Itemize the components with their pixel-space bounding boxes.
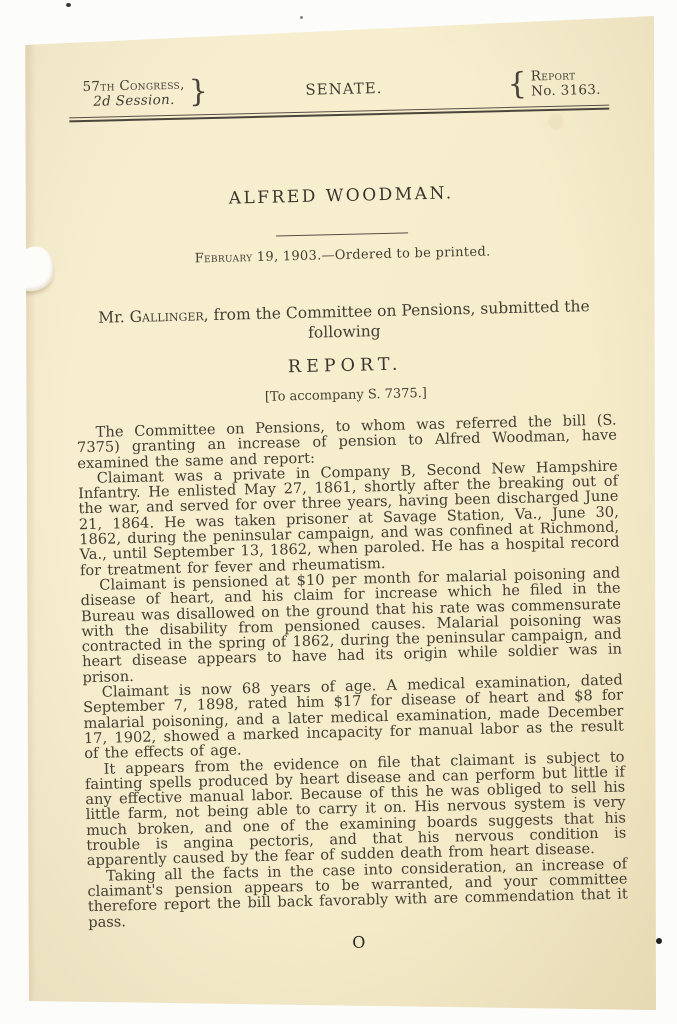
submitter-name: Gallinger [129,306,203,326]
dateline-month: February [195,250,253,266]
chamber-label: SENATE. [198,78,490,100]
paragraph-3: Claimant is pensioned at $10 per month f… [80,565,622,685]
paragraph-2: Claimant was a private in Company B, Sec… [78,458,620,578]
ink-speck [66,3,71,7]
report-number: No. 3163. [531,83,601,100]
session-label: 2d Session. [83,93,185,110]
paper-edge-tear [8,242,59,296]
report-number-block: Report No. 3163. [531,68,601,100]
title-rule [276,232,408,236]
paragraph-5: It appears from the evidence on file tha… [84,749,626,869]
report-body: The Committee on Pensions, to whom was r… [77,413,629,930]
submission-prefix: Mr. [98,308,130,327]
ink-speck [656,938,662,944]
scanned-document-canvas: 57th Congress, 2d Session. } SENATE. { R… [0,0,677,1024]
accompany-note: [To accompany S. 7375.] [76,382,616,410]
congress-session-block: 57th Congress, 2d Session. [82,78,185,110]
paper-sheet: 57th Congress, 2d Session. } SENATE. { R… [0,0,677,1024]
ink-speck [300,16,303,19]
paragraph-6: Taking all the facts in the case into co… [87,856,628,930]
document-content: 57th Congress, 2d Session. } SENATE. { R… [68,54,629,958]
document-header: 57th Congress, 2d Session. } SENATE. { R… [82,68,601,110]
end-ornament: O [89,926,629,958]
report-heading: REPORT. [75,350,615,383]
submission-line: Mr. Gallinger, from the Committee on Pen… [74,296,615,349]
dateline: February 19, 1903.—Ordered to be printed… [73,242,613,270]
right-brace: { [503,69,531,100]
paragraph-4: Claimant is now 68 years of age. A medic… [83,673,625,762]
dateline-rest: 19, 1903.—Ordered to be printed. [252,244,490,265]
document-title: ALFRED WOODMAN. [71,180,611,213]
